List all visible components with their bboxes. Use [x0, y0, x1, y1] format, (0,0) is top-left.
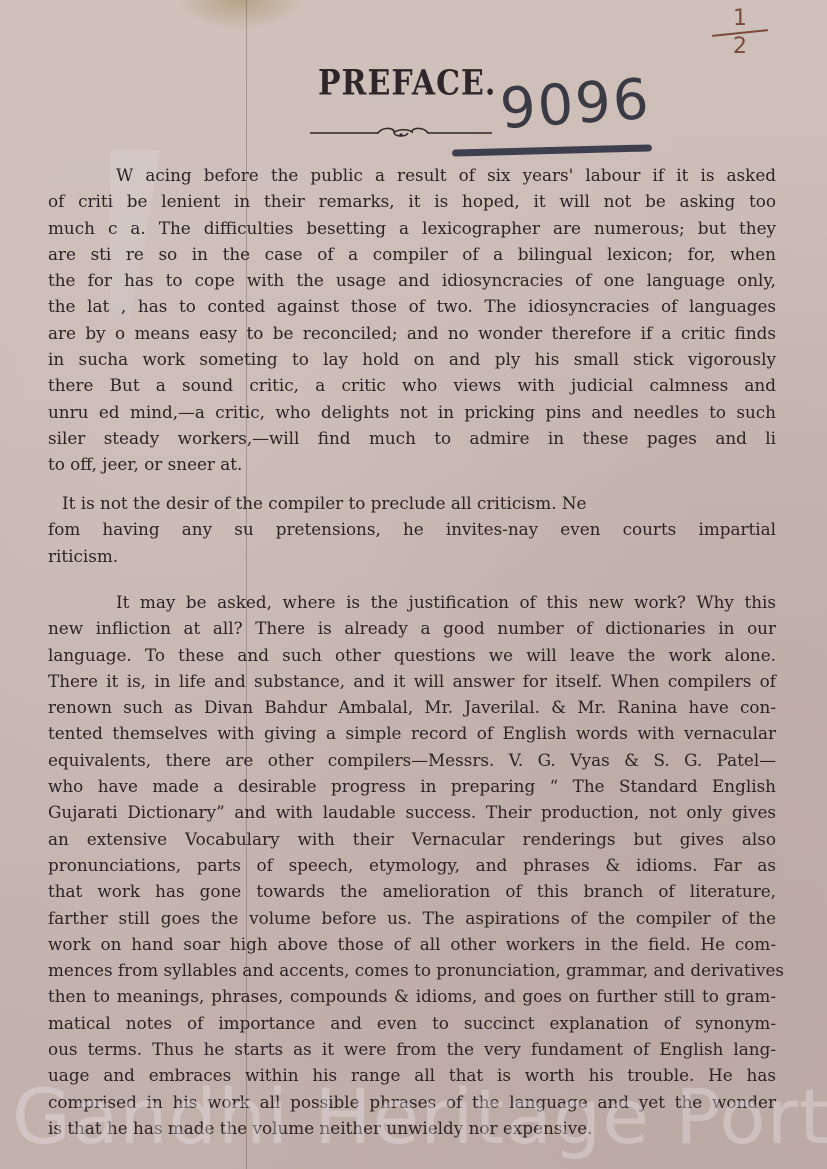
text-line: an extensive Vocabulary with their Verna…	[48, 826, 776, 852]
text-line: renown such as Divan Bahdur Ambalal, Mr.…	[48, 694, 776, 720]
text-line: there But a sound critic, a critic who v…	[48, 372, 776, 398]
text-line: fom having any su pretensions, he invite…	[48, 516, 776, 542]
text-line: of criti be lenient in their remarks, it…	[48, 188, 776, 214]
paragraph-3: It may be asked, where is the justificat…	[48, 589, 776, 1141]
text-line: Gujarati Dictionary” and with laudable s…	[48, 799, 776, 825]
text-line: There it is, in life and substance, and …	[48, 668, 776, 694]
text-line: new infliction at all? There is already …	[48, 615, 776, 641]
text-line: riticism.	[48, 543, 776, 569]
text-line: in sucha work someting to lay hold on an…	[48, 346, 776, 372]
page-title: PREFACE.	[318, 63, 496, 103]
watermark: Gandhi Heritage Portal	[12, 1072, 827, 1161]
text-line: to off, jeer, or sneer at.	[48, 451, 776, 477]
handwritten-catalog-number: 9096	[498, 67, 653, 142]
title-ornament-icon	[308, 124, 494, 140]
text-line: It may be asked, where is the justificat…	[48, 589, 776, 615]
text-line: It is not the desir of the compiler to p…	[48, 490, 776, 516]
text-line: W acing before the public a result of si…	[48, 162, 776, 188]
text-line: are sti re so in the case of a compiler …	[48, 241, 776, 267]
text-line: farther still goes the volume before us.…	[48, 905, 776, 931]
text-line: siler steady workers,—will find much to …	[48, 425, 776, 451]
text-line: are by o means easy to be reconciled; an…	[48, 320, 776, 346]
text-line: tented themselves with giving a simple r…	[48, 720, 776, 746]
text-line: the lat , has to conted against those of…	[48, 293, 776, 319]
text-line: who have made a desirable progress in pr…	[48, 773, 776, 799]
text-line: equivalents, there are other compilers—M…	[48, 747, 776, 773]
corner-note-top: 1	[733, 6, 747, 31]
text-line: that work has gone towards the ameliorat…	[48, 878, 776, 904]
text-line: unru ed mind,—a critic, who delights not…	[48, 399, 776, 425]
text-line: ous terms. Thus he starts as it were fro…	[48, 1036, 776, 1062]
paragraph-2: It is not the desir of the compiler to p…	[48, 490, 776, 569]
text-line: the for has to cope with the usage and i…	[48, 267, 776, 293]
corner-handwritten-note: 1 2	[700, 8, 780, 58]
text-line: matical notes of importance and even to …	[48, 1010, 776, 1036]
text-line: mences from syllables and accents, comes…	[48, 957, 776, 983]
text-line: language. To these and such other questi…	[48, 642, 776, 668]
text-line: work on hand soar high above those of al…	[48, 931, 776, 957]
water-stain	[175, 0, 305, 30]
paragraph-1: W acing before the public a result of si…	[48, 162, 776, 478]
text-line: pronunciations, parts of speech, etymolo…	[48, 852, 776, 878]
text-line: then to meanings, phrases, compounds & i…	[48, 983, 776, 1009]
corner-note-bottom: 2	[733, 34, 747, 59]
text-line: much c a. The difficulties besetting a l…	[48, 215, 776, 241]
